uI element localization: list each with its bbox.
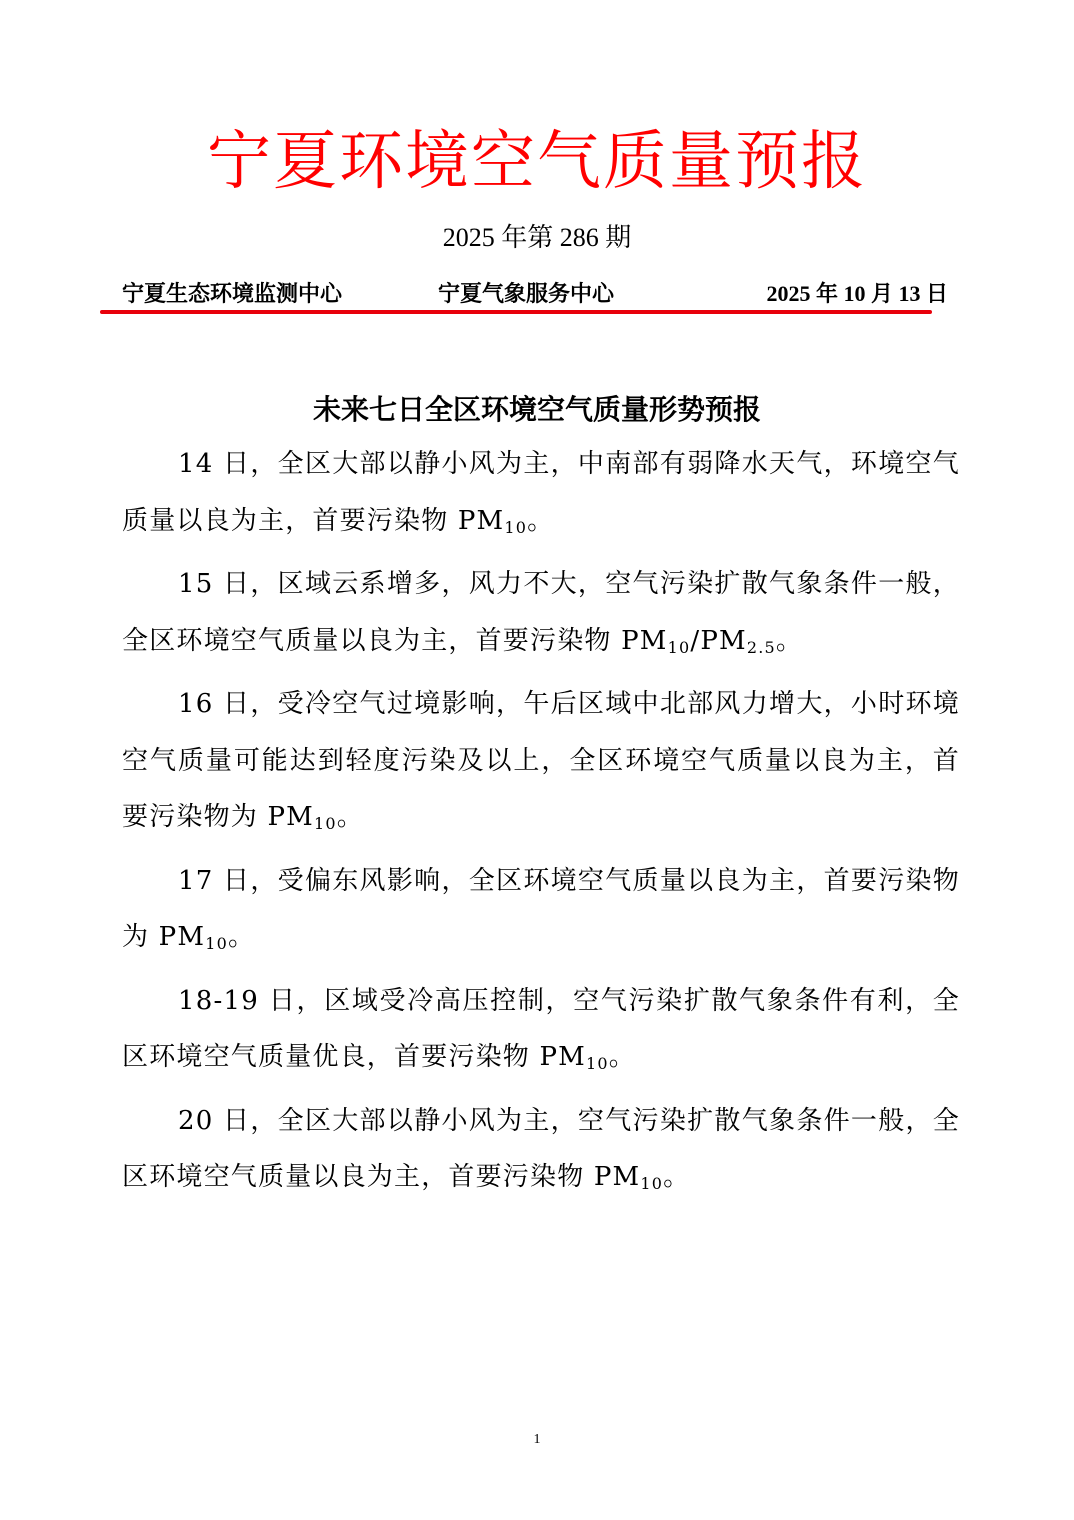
forecast-paragraph: 15 日，区域云系增多，风力不大，空气污染扩散气象条件一般，全区环境空气质量以良… [122, 556, 960, 676]
section-title: 未来七日全区环境空气质量形势预报 [0, 388, 1074, 432]
issuer-ecology-center: 宁夏生态环境监测中心 [122, 276, 342, 312]
forecast-paragraph: 18-19 日，区域受冷高压控制，空气污染扩散气象条件有利，全区环境空气质量优良… [122, 973, 960, 1093]
forecast-paragraph: 16 日，受冷空气过境影响，午后区域中北部风力增大，小时环境空气质量可能达到轻度… [122, 676, 960, 853]
issue-date: 2025 年 10 月 13 日 [766, 276, 948, 312]
issue-number: 2025 年第 286 期 [0, 218, 1074, 258]
forecast-body: 14 日，全区大部以静小风为主，中南部有弱降水天气，环境空气质量以良为主，首要污… [122, 436, 960, 1213]
forecast-paragraph: 17 日，受偏东风影响，全区环境空气质量以良为主，首要污染物为 PM10。 [122, 853, 960, 973]
page-number: 1 [0, 1432, 1074, 1448]
red-divider [100, 310, 932, 314]
masthead-title: 宁夏环境空气质量预报 [0, 122, 1074, 202]
issuer-line: 宁夏生态环境监测中心 宁夏气象服务中心 2025 年 10 月 13 日 [122, 276, 948, 312]
issuer-meteorology-center: 宁夏气象服务中心 [438, 276, 614, 312]
forecast-paragraph: 20 日，全区大部以静小风为主，空气污染扩散气象条件一般，全区环境空气质量以良为… [122, 1093, 960, 1213]
forecast-paragraph: 14 日，全区大部以静小风为主，中南部有弱降水天气，环境空气质量以良为主，首要污… [122, 436, 960, 556]
